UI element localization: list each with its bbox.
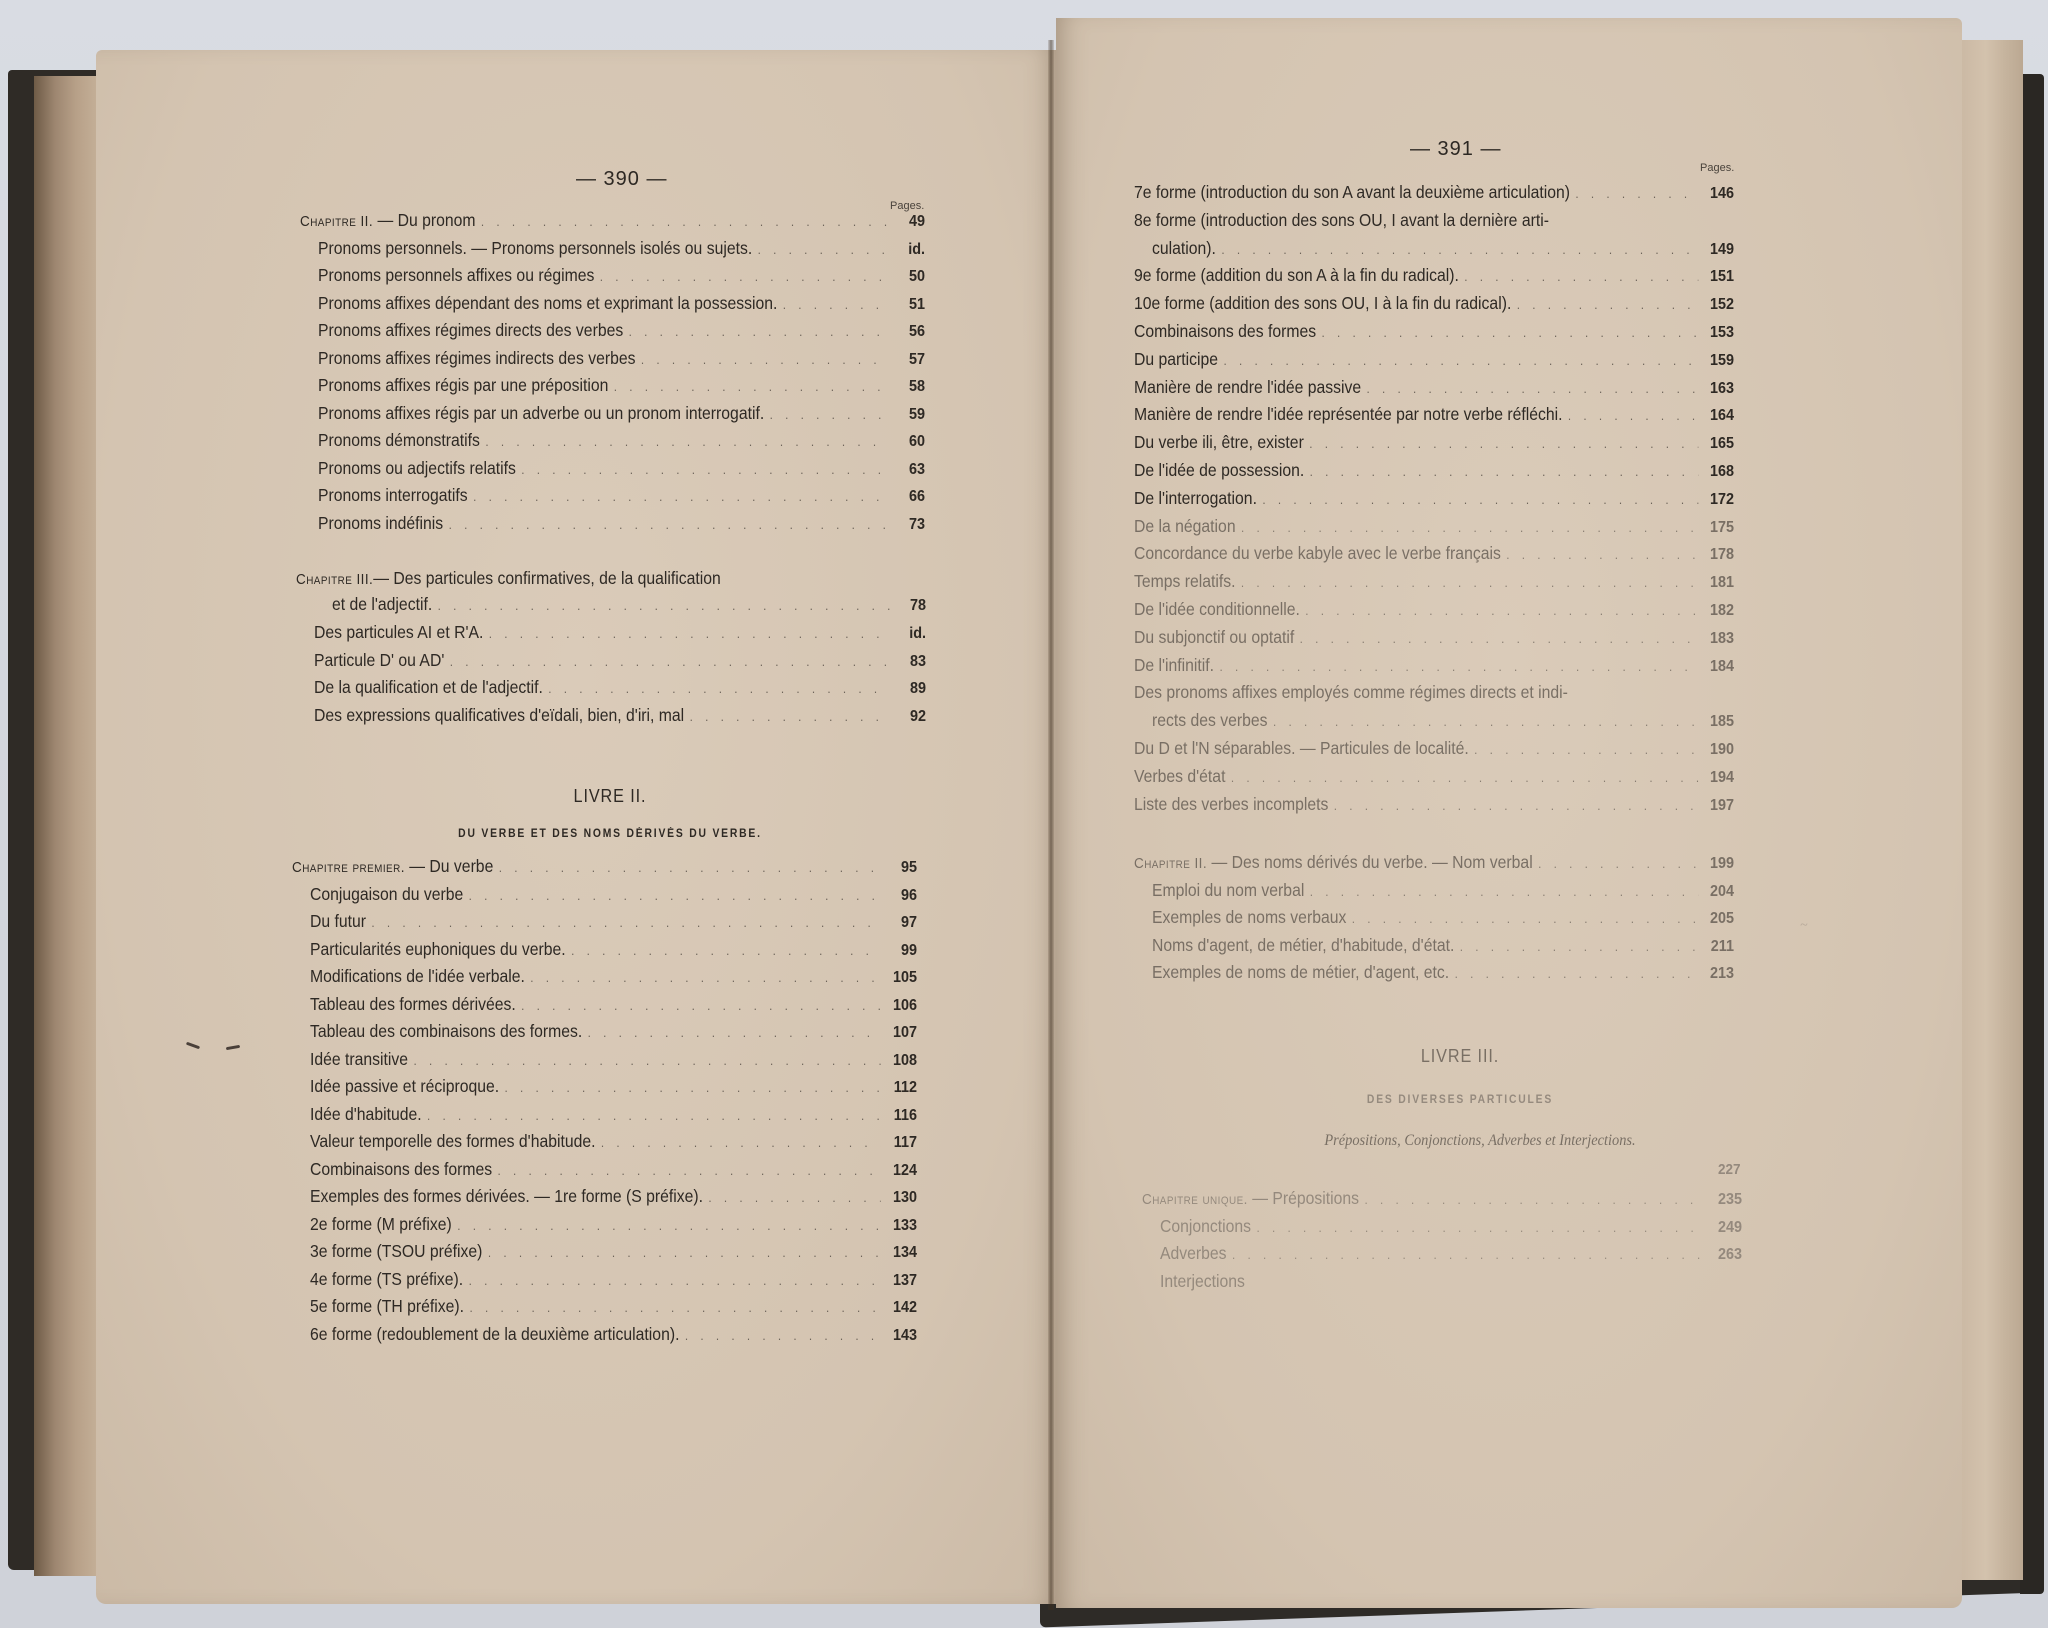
entry-text: 2e forme (M préfixe) (310, 1214, 452, 1234)
toc-entry-title: Exemples des formes dérivées. — 1re form… (310, 1186, 703, 1206)
toc-entry-title: Pronoms démonstratifs (318, 430, 480, 450)
toc-entry: Idée d'habitude.. . . . . . . . . . . . … (310, 1104, 917, 1126)
toc-entry-title: Tableau des combinaisons des formes. (310, 1021, 582, 1041)
leader-dots: . . . . . . . . . . . . . . . . . . . . … (1364, 1190, 1706, 1210)
toc-entry: Pronoms personnels affixes ou régimes. .… (318, 265, 925, 287)
page-reference: 227 (1718, 1160, 1741, 1180)
toc-entry: Du subjonctif ou optatif. . . . . . . . … (1134, 627, 1734, 649)
page-reference: 146 (1703, 184, 1734, 204)
book-gutter (1048, 40, 1054, 1610)
entry-text: 4e forme (TS préfixe). (310, 1269, 463, 1289)
livre-ii-subtitle: DU VERBE ET DES NOMS DÉRIVÉS DU VERBE. (331, 828, 889, 840)
leader-dots: . . . . . . . . . . . . . . . . . . . . … (1219, 657, 1698, 677)
toc-entry-title: 4e forme (TS préfixe). (310, 1269, 463, 1289)
entry-text: Des particules AI et R'A. (314, 622, 483, 642)
leader-dots: . . . . . . . . . . . . . . . . . . . . … (469, 1271, 881, 1291)
toc-entry-title: et de l'adjectif. (332, 594, 432, 614)
leader-dots: . . . . . . . . . . . . . . . . . . . . … (1321, 323, 1698, 343)
toc-entry: De l'idée conditionnelle.. . . . . . . .… (1134, 599, 1734, 621)
page-reference: 199 (1703, 854, 1734, 874)
entry-text: Pronoms affixes dépendant des noms et ex… (318, 293, 777, 313)
entry-text: 9e forme (addition du son A à la fin du … (1134, 265, 1459, 285)
toc-entry: De la négation. . . . . . . . . . . . . … (1134, 516, 1734, 538)
leader-dots: . . . . . . . . . . . . . . . . . . . . … (690, 707, 890, 727)
page-reference: 149 (1703, 240, 1734, 260)
page-reference: 116 (886, 1106, 917, 1126)
toc-entry-title: Manière de rendre l'idée représentée par… (1134, 404, 1563, 424)
entry-text: Tableau des combinaisons des formes. (310, 1021, 582, 1041)
leader-dots: . . . . . . . . . . . . . . . . . . . . … (497, 1161, 881, 1181)
toc-entry: Pronoms affixes dépendant des noms et ex… (318, 293, 925, 315)
page-reference: 134 (886, 1243, 917, 1263)
entry-text: Particule D' ou AD' (314, 650, 444, 670)
page-reference: 205 (1703, 909, 1734, 929)
toc-entry-title: 8e forme (introduction des sons OU, I av… (1134, 210, 1549, 230)
toc-entry: Adverbes. . . . . . . . . . . . . . . . … (1160, 1243, 1742, 1265)
toc-entry: Exemples de noms verbaux. . . . . . . . … (1152, 907, 1734, 929)
entry-text: Noms d'agent, de métier, d'habitude, d'é… (1152, 935, 1454, 955)
leader-dots: . . . . . . . . . . . . . . . . . . . . … (1221, 240, 1698, 260)
toc-entry: 2e forme (M préfixe). . . . . . . . . . … (310, 1214, 917, 1236)
entry-text: Pronoms affixes régimes directs des verb… (318, 320, 623, 340)
page-reference: 130 (886, 1188, 917, 1208)
leader-dots: . . . . . . . . . . . . . . . . . . . . … (641, 350, 889, 370)
page-reference: 204 (1703, 882, 1734, 902)
toc-entry-title: Conjonctions (1160, 1216, 1251, 1236)
toc-entry: Manière de rendre l'idée passive. . . . … (1134, 377, 1734, 399)
chapter-label: Chapitre II. (1134, 855, 1207, 872)
entry-text: Pronoms indéfinis (318, 513, 443, 533)
leader-dots: . . . . . . . . . . . . . . . . . . . . … (1310, 462, 1698, 482)
page-reference: 97 (886, 913, 917, 933)
toc-entry: Valeur temporelle des formes d'habitude.… (310, 1131, 917, 1153)
leader-dots: . . . . . . . . . . . . . . . . . . . . … (450, 652, 890, 672)
entry-text: rects des verbes (1152, 710, 1268, 730)
toc-entry-title: Pronoms indéfinis (318, 513, 443, 533)
toc-entry-title: Combinaisons des formes (310, 1159, 492, 1179)
entry-text: Du futur (310, 911, 366, 931)
toc-entry: Pronoms personnels. — Pronoms personnels… (318, 238, 925, 260)
entry-text: — Du verbe (405, 856, 493, 876)
page-reference: 124 (886, 1161, 917, 1181)
page-reference: 185 (1703, 712, 1734, 732)
page-reference: 181 (1703, 573, 1734, 593)
leader-dots: . . . . . . . . . . . . . . . . . . . . … (571, 941, 881, 961)
page-reference: 49 (894, 212, 925, 232)
page-reference: 83 (895, 652, 926, 672)
entry-text: 10e forme (addition des sons OU, I à la … (1134, 293, 1511, 313)
page-reference: 95 (886, 858, 917, 878)
leader-dots: . . . . . . . . . . . . . . . . . . . . … (1367, 379, 1698, 399)
entry-text: Manière de rendre l'idée passive (1134, 377, 1361, 397)
toc-entry-title: Modifications de l'idée verbale. (310, 966, 525, 986)
toc-entry: culation).. . . . . . . . . . . . . . . … (1152, 238, 1734, 260)
toc-entry: Pronoms ou adjectifs relatifs. . . . . .… (318, 458, 925, 480)
entry-text: Pronoms ou adjectifs relatifs (318, 458, 516, 478)
leader-dots: . . . . . . . . . . . . . . . . . . . . … (1474, 740, 1698, 760)
leader-dots: . . . . . . . . . . . . . . . . . . . . … (1460, 937, 1698, 957)
toc-entry-title: Exemples de noms verbaux (1152, 907, 1346, 927)
toc-entry: 4e forme (TS préfixe).. . . . . . . . . … (310, 1269, 917, 1291)
entry-text: Adverbes (1160, 1243, 1227, 1263)
toc-entry-title: Exemples de noms de métier, d'agent, etc… (1152, 962, 1449, 982)
page-reference: 235 (1711, 1190, 1742, 1210)
entry-text: 8e forme (introduction des sons OU, I av… (1134, 210, 1549, 230)
leader-dots: . . . . . . . . . . . . . . . . . . . . … (530, 968, 881, 988)
toc-entry: Interjections (1160, 1271, 1742, 1291)
page-reference: 163 (1703, 379, 1734, 399)
entry-text: Idée d'habitude. (310, 1104, 422, 1124)
toc-entry-title: 2e forme (M préfixe) (310, 1214, 452, 1234)
entry-text: — Du pronom (373, 210, 475, 230)
leader-dots: . . . . . . . . . . . . . . . . . . . . … (485, 432, 889, 452)
toc-entry: Du verbe ili, être, exister. . . . . . .… (1134, 432, 1734, 454)
entry-text: — Des noms dérivés du verbe. — Nom verba… (1207, 852, 1533, 872)
page-reference: 137 (886, 1271, 917, 1291)
page-reference: 73 (894, 515, 925, 535)
chapter-label: Chapitre premier. (292, 859, 405, 876)
toc-entry-title: Valeur temporelle des formes d'habitude. (310, 1131, 596, 1151)
livre-ii-title: LIVRE II. (331, 786, 889, 807)
toc-entry: Chapitre premier. — Du verbe. . . . . . … (292, 856, 917, 878)
toc-entry: Verbes d'état. . . . . . . . . . . . . .… (1134, 766, 1734, 788)
toc-entry: Tableau des combinaisons des formes.. . … (310, 1021, 917, 1043)
toc-entry: Pronoms affixes régimes indirects des ve… (318, 348, 925, 370)
toc-entry: 3e forme (TSOU préfixe). . . . . . . . .… (310, 1241, 917, 1263)
leader-dots: . . . . . . . . . . . . . . . . . . . . … (481, 212, 889, 232)
page-reference: 59 (894, 405, 925, 425)
leader-dots: . . . . . . . . . . . . . . . . . . . . … (413, 1051, 881, 1071)
toc-entry: 5e forme (TH préfixe).. . . . . . . . . … (310, 1296, 917, 1318)
page-reference: 184 (1703, 657, 1734, 677)
toc-entry-title: Pronoms affixes régis par une prépositio… (318, 375, 608, 395)
leader-dots: . . . . . . . . . . . . . . . . . . . . … (770, 405, 889, 425)
leader-dots: . . . . . . . . . . . . . . . . . . . . … (499, 858, 881, 878)
toc-entry-title: culation). (1152, 238, 1216, 258)
entry-text: Modifications de l'idée verbale. (310, 966, 525, 986)
chapter-iii-heading: Chapitre III. — Des particules confirmat… (296, 568, 721, 590)
leader-dots: . . . . . . . . . . . . . . . . . . . . … (1309, 434, 1698, 454)
leader-dots: . . . . . . . . . . . . . . . . . . . . … (708, 1188, 881, 1208)
page-reference: 165 (1703, 434, 1734, 454)
toc-entry: Chapitre II. — Du pronom. . . . . . . . … (300, 210, 925, 232)
toc-entry-title: rects des verbes (1152, 710, 1268, 730)
page-reference: 172 (1703, 490, 1734, 510)
entry-text: Pronoms affixes régimes indirects des ve… (318, 348, 635, 368)
entry-text: Conjugaison du verbe (310, 884, 463, 904)
toc-entry-title: 3e forme (TSOU préfixe) (310, 1241, 482, 1261)
toc-entry: Exemples des formes dérivées. — 1re form… (310, 1186, 917, 1208)
page-reference: 50 (894, 267, 925, 287)
toc-entry-title: Adverbes (1160, 1243, 1227, 1263)
leader-dots: . . . . . . . . . . . . . . . . . . . . … (449, 515, 889, 535)
toc-entry: Pronoms interrogatifs. . . . . . . . . .… (318, 485, 925, 507)
page-reference: 159 (1703, 351, 1734, 371)
page-reference: 60 (894, 432, 925, 452)
leader-dots: . . . . . . . . . . . . . . . . . . . . … (1241, 518, 1698, 538)
toc-entry: Noms d'agent, de métier, d'habitude, d'é… (1152, 935, 1734, 957)
page-reference: 190 (1703, 740, 1734, 760)
entry-text: De l'idée de possession. (1134, 460, 1304, 480)
toc-entry-title: 6e forme (redoublement de la deuxième ar… (310, 1324, 679, 1344)
toc-entry-title: Des particules AI et R'A. (314, 622, 483, 642)
livre-iii-italic-subtitle: Prépositions, Conjonctions, Adverbes et … (1192, 1132, 1768, 1150)
toc-entry: Des expressions qualificatives d'eïdali,… (314, 705, 926, 727)
page-reference: 182 (1703, 601, 1734, 621)
entry-text: — Des particules confirmatives, de la qu… (373, 568, 721, 588)
page-reference: 197 (1703, 796, 1734, 816)
page-reference: 107 (886, 1023, 917, 1043)
entry-text: De la qualification et de l'adjectif. (314, 677, 543, 697)
toc-entry-title: Pronoms affixes régis par un adverbe ou … (318, 403, 764, 423)
page-reference: 194 (1703, 768, 1734, 788)
pages-column-label-right: Pages. (1700, 162, 1734, 174)
entry-text: culation). (1152, 238, 1216, 258)
entry-text: Des pronoms affixes employés comme régim… (1134, 682, 1568, 702)
entry-text: Du participe (1134, 349, 1218, 369)
entry-text: — Prépositions (1248, 1188, 1359, 1208)
toc-entry-title: De l'interrogation. (1134, 488, 1257, 508)
page-reference: 213 (1703, 964, 1734, 984)
page-reference: 92 (895, 707, 926, 727)
left-page-number: — 390 — (576, 168, 667, 191)
page-reference: 117 (886, 1133, 917, 1153)
page-reference: 175 (1703, 518, 1734, 538)
toc-entry: De l'interrogation.. . . . . . . . . . .… (1134, 488, 1734, 510)
leader-dots: . . . . . . . . . . . . . . . . . . . . … (685, 1326, 881, 1346)
livre-iii-subtitle: DES DIVERSES PARTICULES (1181, 1094, 1739, 1106)
chapter-label: Chapitre II. (300, 213, 373, 230)
page-reference: 133 (886, 1216, 917, 1236)
entry-text: 5e forme (TH préfixe). (310, 1296, 464, 1316)
leader-dots: . . . . . . . . . . . . . . . . . . . . … (1305, 601, 1698, 621)
toc-entry-title: Noms d'agent, de métier, d'habitude, d'é… (1152, 935, 1454, 955)
toc-entry-title: Tableau des formes dérivées. (310, 994, 516, 1014)
entry-text: Emploi du nom verbal (1152, 880, 1304, 900)
leader-dots: . . . . . . . . . . . . . . . . . . . . … (1538, 854, 1698, 874)
toc-entry-title: Des pronoms affixes employés comme régim… (1134, 682, 1568, 702)
page-reference: 143 (886, 1326, 917, 1346)
toc-entry: Du futur. . . . . . . . . . . . . . . . … (310, 911, 917, 933)
page-reference: 211 (1703, 937, 1734, 957)
toc-entry-title: Chapitre II. — Du pronom (300, 210, 475, 232)
toc-entry: Particularités euphoniques du verbe.. . … (310, 939, 917, 961)
toc-entry: Modifications de l'idée verbale.. . . . … (310, 966, 917, 988)
toc-entry: Idée transitive. . . . . . . . . . . . .… (310, 1049, 917, 1071)
entry-text: 3e forme (TSOU préfixe) (310, 1241, 482, 1261)
entry-text: Pronoms démonstratifs (318, 430, 480, 450)
leader-dots: . . . . . . . . . . . . . . . . . . . . … (488, 1243, 881, 1263)
leader-dots: . . . . . . . . . . . . . . . . . . . . … (1273, 712, 1698, 732)
toc-entry: et de l'adjectif.. . . . . . . . . . . .… (332, 594, 926, 616)
chapter-label: Chapitre unique. (1142, 1191, 1248, 1208)
toc-entry-title: De l'idée conditionnelle. (1134, 599, 1300, 619)
toc-entry-title: Pronoms ou adjectifs relatifs (318, 458, 516, 478)
leader-dots: . . . . . . . . . . . . . . . . . . . . … (600, 267, 889, 287)
entry-text: Du verbe ili, être, exister (1134, 432, 1304, 452)
entry-text: Manière de rendre l'idée représentée par… (1134, 404, 1563, 424)
entry-text: Idée transitive (310, 1049, 408, 1069)
leader-dots: . . . . . . . . . . . . . . . . . . . . … (438, 596, 890, 616)
toc-entry-title: Du verbe ili, être, exister (1134, 432, 1304, 452)
leader-dots: . . . . . . . . . . . . . . . . . . . . … (1575, 184, 1698, 204)
toc-entry: Particule D' ou AD'. . . . . . . . . . .… (314, 650, 926, 672)
leader-dots: . . . . . . . . . . . . . . . . . . . . … (1506, 545, 1698, 565)
toc-entry: Chapitre unique. — Prépositions. . . . .… (1142, 1188, 1742, 1210)
toc-entry-title: Pronoms personnels affixes ou régimes (318, 265, 594, 285)
toc-entry-title: Du futur (310, 911, 366, 931)
toc-entry-title: Conjugaison du verbe (310, 884, 463, 904)
toc-entry-title: Verbes d'état (1134, 766, 1225, 786)
page-reference: 57 (894, 350, 925, 370)
entry-text: 6e forme (redoublement de la deuxième ar… (310, 1324, 679, 1344)
toc-entry: Pronoms démonstratifs. . . . . . . . . .… (318, 430, 925, 452)
leader-dots: . . . . . . . . . . . . . . . . . . . . … (457, 1216, 881, 1236)
toc-entry: Idée passive et réciproque.. . . . . . .… (310, 1076, 917, 1098)
toc-entry: rects des verbes. . . . . . . . . . . . … (1152, 710, 1734, 732)
toc-entry: Pronoms indéfinis. . . . . . . . . . . .… (318, 513, 925, 535)
right-page-stack (1960, 40, 2023, 1580)
entry-text: et de l'adjectif. (332, 594, 432, 614)
toc-entry-title: Idée d'habitude. (310, 1104, 422, 1124)
page-reference: 99 (886, 941, 917, 961)
toc-entry: Pronoms affixes régis par une prépositio… (318, 375, 925, 397)
entry-text: De l'interrogation. (1134, 488, 1257, 508)
entry-text: Combinaisons des formes (310, 1159, 492, 1179)
page-reference: id. (894, 240, 925, 260)
entry-text: Tableau des formes dérivées. (310, 994, 516, 1014)
toc-entry: De l'infinitif.. . . . . . . . . . . . .… (1134, 655, 1734, 677)
toc-entry-title: Combinaisons des formes (1134, 321, 1316, 341)
toc-entry-title: Idée passive et réciproque. (310, 1076, 499, 1096)
toc-entry-title: Chapitre premier. — Du verbe (292, 856, 493, 878)
leader-dots: . . . . . . . . . . . . . . . . . . . . … (548, 679, 890, 699)
page-reference: 96 (886, 886, 917, 906)
leader-dots: . . . . . . . . . . . . . . . . . . . . … (489, 624, 890, 644)
toc-entry-title: Concordance du verbe kabyle avec le verb… (1134, 543, 1501, 563)
toc-entry-title: Du D et l'N séparables. — Particules de … (1134, 738, 1469, 758)
page-reference: 164 (1703, 406, 1734, 426)
leader-dots: . . . . . . . . . . . . . . . . . . . . … (1241, 573, 1698, 593)
leader-dots: . . . . . . . . . . . . . . . . . . . . … (1568, 406, 1698, 426)
page-reference: 105 (886, 968, 917, 988)
entry-text: 7e forme (introduction du son A avant la… (1134, 182, 1570, 202)
entry-text: Verbes d'état (1134, 766, 1225, 786)
toc-entry: Concordance du verbe kabyle avec le verb… (1134, 543, 1734, 565)
entry-text: Exemples de noms verbaux (1152, 907, 1346, 927)
entry-text: Liste des verbes incomplets (1134, 794, 1328, 814)
toc-entry: Emploi du nom verbal. . . . . . . . . . … (1152, 880, 1734, 902)
leader-dots: . . . . . . . . . . . . . . . . . . . . … (521, 460, 889, 480)
leader-dots: . . . . . . . . . . . . . . . . . . . . … (614, 377, 889, 397)
leader-dots: . . . . . . . . . . . . . . . . . . . . … (1334, 796, 1698, 816)
page-reference: 78 (895, 596, 926, 616)
toc-entry: Du D et l'N séparables. — Particules de … (1134, 738, 1734, 760)
page-reference: 89 (895, 679, 926, 699)
page-reference: 108 (886, 1051, 917, 1071)
toc-entry: Pronoms affixes régis par un adverbe ou … (318, 403, 925, 425)
entry-text: De l'infinitif. (1134, 655, 1214, 675)
toc-entry-title: De la qualification et de l'adjectif. (314, 677, 543, 697)
entry-text: Pronoms interrogatifs (318, 485, 468, 505)
toc-entry-title: Du subjonctif ou optatif (1134, 627, 1294, 647)
leader-dots: . . . . . . . . . . . . . . . . . . . . … (1300, 629, 1698, 649)
entry-text: Exemples de noms de métier, d'agent, etc… (1152, 962, 1449, 982)
toc-entry-title: Pronoms affixes régimes directs des verb… (318, 320, 623, 340)
toc-entry: Combinaisons des formes. . . . . . . . .… (1134, 321, 1734, 343)
entry-text: Pronoms personnels. — Pronoms personnels… (318, 238, 752, 258)
toc-entry: Temps relatifs.. . . . . . . . . . . . .… (1134, 571, 1734, 593)
entry-text: Temps relatifs. (1134, 571, 1236, 591)
page-reference: 58 (894, 377, 925, 397)
leader-dots: . . . . . . . . . . . . . . . . . . . . … (1256, 1218, 1706, 1238)
toc-entry-title: 5e forme (TH préfixe). (310, 1296, 464, 1316)
leader-dots: . . . . . . . . . . . . . . . . . . . . … (1231, 768, 1698, 788)
page-reference: 168 (1703, 462, 1734, 482)
leader-dots: . . . . . . . . . . . . . . . . . . . . … (588, 1023, 881, 1043)
toc-entry-title: Pronoms affixes régimes indirects des ve… (318, 348, 635, 368)
toc-entry: De la qualification et de l'adjectif.. .… (314, 677, 926, 699)
toc-entry: Tableau des formes dérivées.. . . . . . … (310, 994, 917, 1016)
page-reference: 56 (894, 322, 925, 342)
toc-entry: Des pronoms affixes employés comme régim… (1134, 682, 1734, 702)
toc-entry: Combinaisons des formes. . . . . . . . .… (310, 1159, 917, 1181)
leader-dots: . . . . . . . . . . . . . . . . . . . . … (469, 886, 881, 906)
leader-dots: . . . . . . . . . . . . . . . . . . . . … (1464, 267, 1698, 287)
page-reference: 263 (1711, 1245, 1742, 1265)
toc-entry-title: 7e forme (introduction du son A avant la… (1134, 182, 1570, 202)
entry-text: Valeur temporelle des formes d'habitude. (310, 1131, 596, 1151)
page-reference: 151 (1703, 267, 1734, 287)
entry-text: Des expressions qualificatives d'eïdali,… (314, 705, 684, 725)
toc-entry: 10e forme (addition des sons OU, I à la … (1134, 293, 1734, 315)
pencil-mark: ~ (1800, 918, 1808, 934)
toc-entry: Conjonctions. . . . . . . . . . . . . . … (1160, 1216, 1742, 1238)
toc-entry: De l'idée de possession.. . . . . . . . … (1134, 460, 1734, 482)
toc-entry-title: Pronoms personnels. — Pronoms personnels… (318, 238, 752, 258)
entry-text: Exemples des formes dérivées. — 1re form… (310, 1186, 703, 1206)
toc-entry-title: 10e forme (addition des sons OU, I à la … (1134, 293, 1511, 313)
leader-dots: . . . . . . . . . . . . . . . . . . . . … (783, 295, 889, 315)
toc-entry: Des particules AI et R'A.. . . . . . . .… (314, 622, 926, 644)
page-reference: 142 (886, 1298, 917, 1318)
entry-text: Idée passive et réciproque. (310, 1076, 499, 1096)
page-reference: 183 (1703, 629, 1734, 649)
toc-entry-title: Pronoms affixes dépendant des noms et ex… (318, 293, 777, 313)
entry-text: Pronoms affixes régis par un adverbe ou … (318, 403, 764, 423)
leader-dots: . . . . . . . . . . . . . . . . . . . . … (1517, 295, 1698, 315)
entry-text: Particularités euphoniques du verbe. (310, 939, 566, 959)
toc-entry: Manière de rendre l'idée représentée par… (1134, 404, 1734, 426)
left-page-stack (34, 76, 104, 1576)
page-reference: 106 (886, 996, 917, 1016)
leader-dots: . . . . . . . . . . . . . . . . . . . . … (629, 322, 889, 342)
leader-dots: . . . . . . . . . . . . . . . . . . . . … (1232, 1245, 1706, 1265)
chapter-label: Chapitre III. (296, 570, 373, 590)
page-reference: 66 (894, 487, 925, 507)
toc-entry: Du participe. . . . . . . . . . . . . . … (1134, 349, 1734, 371)
leader-dots: . . . . . . . . . . . . . . . . . . . . … (521, 996, 881, 1016)
toc-entry-title: Chapitre II. — Des noms dérivés du verbe… (1134, 852, 1533, 874)
toc-entry-title: Interjections (1160, 1271, 1245, 1291)
toc-entry: Chapitre II. — Des noms dérivés du verbe… (1134, 852, 1734, 874)
entry-text: De l'idée conditionnelle. (1134, 599, 1300, 619)
toc-entry: 7e forme (introduction du son A avant la… (1134, 182, 1734, 204)
toc-entry-title: Chapitre unique. — Prépositions (1142, 1188, 1359, 1210)
toc-entry-title: 9e forme (addition du son A à la fin du … (1134, 265, 1459, 285)
livre-iii-title: LIVRE III. (1181, 1046, 1739, 1067)
page-reference: id. (895, 624, 926, 644)
